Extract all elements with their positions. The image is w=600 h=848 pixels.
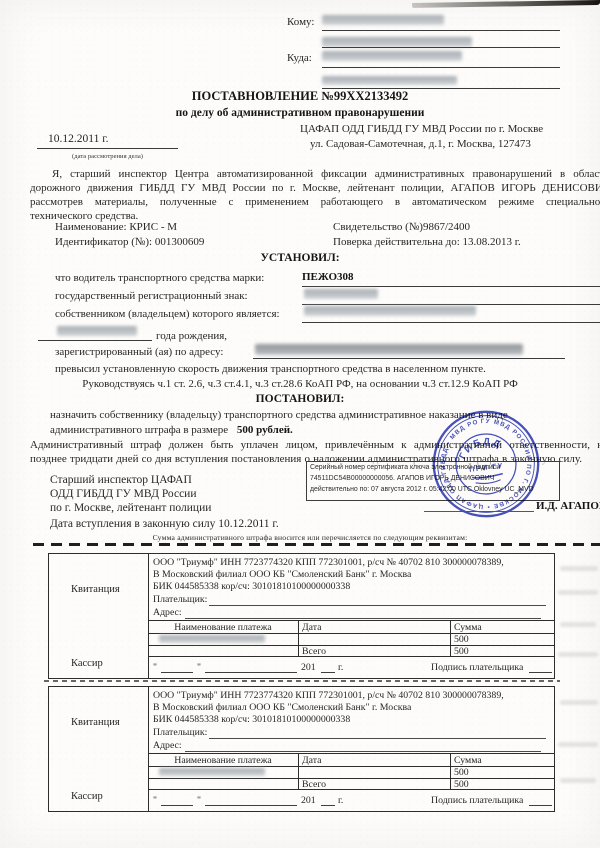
official-stamp: ГУ МВД РОССИИ ПО Г. МОСКВЕ • ЦАФАП ОДД Г… (421, 399, 550, 528)
bleed-through-artifact (560, 778, 596, 783)
receipt-2: Квитанция ООО "Триумф" ИНН 7723774320 КП… (48, 686, 555, 812)
address-label: Адрес: (153, 740, 182, 751)
intro-line: рассмотрев материалы, полученные с приме… (30, 196, 600, 209)
mail-where-label: Куда: (287, 52, 312, 65)
document-title: ПОСТАВНОВЛЕНИЕ №99ХХ2133492 (0, 90, 600, 103)
address-label: Адрес: (153, 607, 182, 618)
cashier-label: Кассир (71, 791, 103, 802)
fill-in-line (321, 805, 335, 806)
ruled-line (322, 30, 560, 31)
fill-in-line (209, 738, 546, 739)
fill-in-line (185, 618, 541, 619)
cell-divider (148, 554, 149, 678)
stamp-ring-text: ГУ МВД РОССИИ ПО Г. МОСКВЕ • ЦАФАП ОДД Г… (421, 399, 537, 517)
tear-off-dashed-line (33, 543, 600, 546)
svg-text:ГУ МВД РОССИИ ПО Г. МОСКВЕ • Ц: ГУ МВД РОССИИ ПО Г. МОСКВЕ • ЦАФАП ОДД Г… (421, 399, 537, 517)
bleed-through-artifact (558, 590, 598, 595)
bleed-through-artifact (560, 566, 598, 571)
table-border (148, 778, 554, 779)
fill-in-line (529, 672, 552, 673)
address-label: зарегистрированный (ая) по адресу: (55, 346, 223, 359)
document-subtitle: по делу об административном правонарушен… (0, 107, 600, 120)
date-year-prefix: 201 (301, 662, 316, 673)
payer-label: Плательщик: (153, 727, 207, 738)
column-header-sum: Сумма (454, 622, 482, 633)
date-year-prefix: 201 (301, 795, 316, 806)
ustanovil-heading: УСТАНОВИЛ: (0, 252, 600, 265)
column-header-payment: Наименование платежа (148, 755, 298, 766)
signer-title-line: по г. Москве, лейтенант полиции (50, 502, 211, 515)
bank-details-line: БИК 044585338 кор/сч: 301018101000000003… (153, 714, 350, 726)
issuer-line-2: ул. Садовая-Самотечная, д.1, г. Москва, … (310, 138, 531, 151)
ruled-line (322, 47, 560, 48)
bleed-through-artifact (560, 622, 596, 627)
column-header-sum: Сумма (454, 755, 482, 766)
table-border (450, 620, 451, 656)
column-header-payment: Наименование платежа (148, 622, 298, 633)
total-value: 500 (454, 779, 469, 790)
vehicle-label: что водитель транспортного средства марк… (55, 272, 264, 285)
redaction-bar (57, 326, 137, 336)
payer-label: Плательщик: (153, 594, 207, 605)
fill-in-line (161, 672, 193, 673)
fill-in-line (185, 751, 541, 752)
redaction-bar (322, 15, 444, 25)
fine-prefix: административного штрафа в размере (50, 424, 228, 436)
fine-line: административного штрафа в размере 500 р… (50, 424, 293, 437)
amount-value: 500 (454, 767, 469, 778)
bank-details-line: ООО "Триумф" ИНН 7723774320 КПП 77230100… (153, 690, 504, 702)
issuer-line-1: ЦАФАП ОДД ГИБДД ГУ МВД России по г. Моск… (300, 123, 543, 136)
cashier-label: Кассир (71, 658, 103, 669)
bleed-through-artifact (558, 652, 598, 657)
bank-details-line: ООО "Триумф" ИНН 7723774320 КПП 77230100… (153, 557, 504, 569)
payer-signature-label: Подпись плательщика (431, 795, 523, 806)
bank-details-line: В Московский филиал ООО КБ "Смоленский Б… (153, 702, 411, 714)
fill-in-line (205, 672, 297, 673)
owner-label: собственником (владельцем) которого явля… (55, 308, 280, 321)
total-label: Всего (302, 779, 326, 790)
payer-signature-label: Подпись плательщика (431, 662, 523, 673)
quote-mark: " (197, 795, 201, 806)
table-border (148, 656, 554, 657)
table-border (148, 789, 554, 790)
redaction-bar (304, 289, 378, 299)
stamp-center-text: ПРИ ГУ (469, 461, 504, 474)
table-border (148, 753, 554, 754)
stamp-top-text: ГИБДД (455, 434, 505, 462)
stamp-squiggle (472, 474, 503, 479)
svg-text:ГИБДД: ГИБДД (455, 434, 505, 462)
fill-in-line (321, 672, 335, 673)
table-border (148, 620, 554, 621)
ruled-line (253, 358, 565, 359)
bank-details-line: БИК 044585338 кор/сч: 301018101000000003… (153, 581, 350, 593)
redaction-bar (322, 51, 462, 61)
receipt-separator-line (44, 680, 560, 682)
signer-title-line: ОДД ГИБДД ГУ МВД России (50, 488, 197, 501)
column-header-date: Дата (302, 755, 322, 766)
receipt-label: Квитанция (71, 717, 120, 728)
fine-amount: 500 рублей. (237, 424, 293, 436)
table-border (148, 766, 554, 767)
review-date-caption: (дата рассмотрения дела) (37, 150, 178, 163)
quote-mark: " (197, 662, 201, 673)
stamp-squiggle (476, 480, 501, 485)
device-name: Наименование: КРИС - М (55, 221, 177, 234)
redaction-bar (255, 344, 523, 355)
legal-basis: Руководствуясь ч.1 ст. 2.6, ч.3 ст.4.1, … (0, 378, 600, 391)
fill-in-line (209, 605, 546, 606)
signer-title-line: Старший инспектор ЦАФАП (50, 474, 192, 487)
year-mark: г. (338, 795, 343, 806)
bleed-through-artifact (558, 742, 598, 747)
table-border (148, 645, 554, 646)
legal-force-date: Дата вступления в законную силу 10.12.20… (50, 518, 279, 531)
vehicle-value: ПЕЖО308 (302, 271, 354, 284)
receipt-label: Квитанция (71, 584, 120, 595)
bank-details-line: В Московский филиал ООО КБ "Смоленский Б… (153, 569, 411, 581)
bleed-through-artifact (560, 700, 598, 705)
intro-line: Я, старший инспектор Центра автоматизиро… (30, 168, 600, 181)
fill-in-line (205, 805, 297, 806)
redaction-bar (304, 306, 476, 316)
ruled-line (322, 67, 560, 68)
column-header-date: Дата (302, 622, 322, 633)
scanned-document: Кому: Куда: ПОСТАВНОВЛЕНИЕ №99ХХ2133492 … (0, 0, 600, 848)
year-mark: г. (338, 662, 343, 673)
table-border (148, 633, 554, 634)
device-verification: Поверка действительна до: 13.08.2013 г. (333, 236, 521, 249)
plate-label: государственный регистрационный знак: (55, 290, 248, 303)
table-border (298, 620, 299, 656)
redaction-bar (322, 76, 457, 85)
intro-line: дорожного движения ГИБДД ГУ МВД России п… (30, 182, 600, 195)
table-border (298, 753, 299, 789)
signature-line (424, 511, 534, 512)
table-border (450, 753, 451, 789)
total-value: 500 (454, 646, 469, 657)
device-certificate: Свидетельство (№)9867/2400 (333, 221, 470, 234)
review-date: 10.12.2011 г. (48, 133, 109, 146)
amount-value: 500 (454, 634, 469, 645)
ruled-line (302, 286, 600, 287)
birth-label: года рождения, (156, 330, 227, 343)
device-id: Идентификатор (№): 001300609 (55, 236, 204, 249)
scan-edge-artifact (412, 0, 600, 8)
cell-divider (148, 687, 149, 811)
ruled-line (38, 340, 152, 341)
ruled-line (302, 322, 600, 323)
redaction-bar (159, 635, 265, 643)
quote-mark: " (153, 662, 157, 673)
signer-name: И.Д. АГАПОВ (536, 500, 600, 513)
fill-in-line (161, 805, 193, 806)
quote-mark: " (153, 795, 157, 806)
redaction-bar (159, 768, 265, 776)
total-label: Всего (302, 646, 326, 657)
fill-in-line (529, 805, 552, 806)
violation-text: превысил установленную скорость движения… (55, 363, 486, 376)
redaction-bar (322, 37, 472, 47)
receipt-1: Квитанция ООО "Триумф" ИНН 7723774320 КП… (48, 553, 555, 679)
mail-to-label: Кому: (287, 16, 314, 29)
